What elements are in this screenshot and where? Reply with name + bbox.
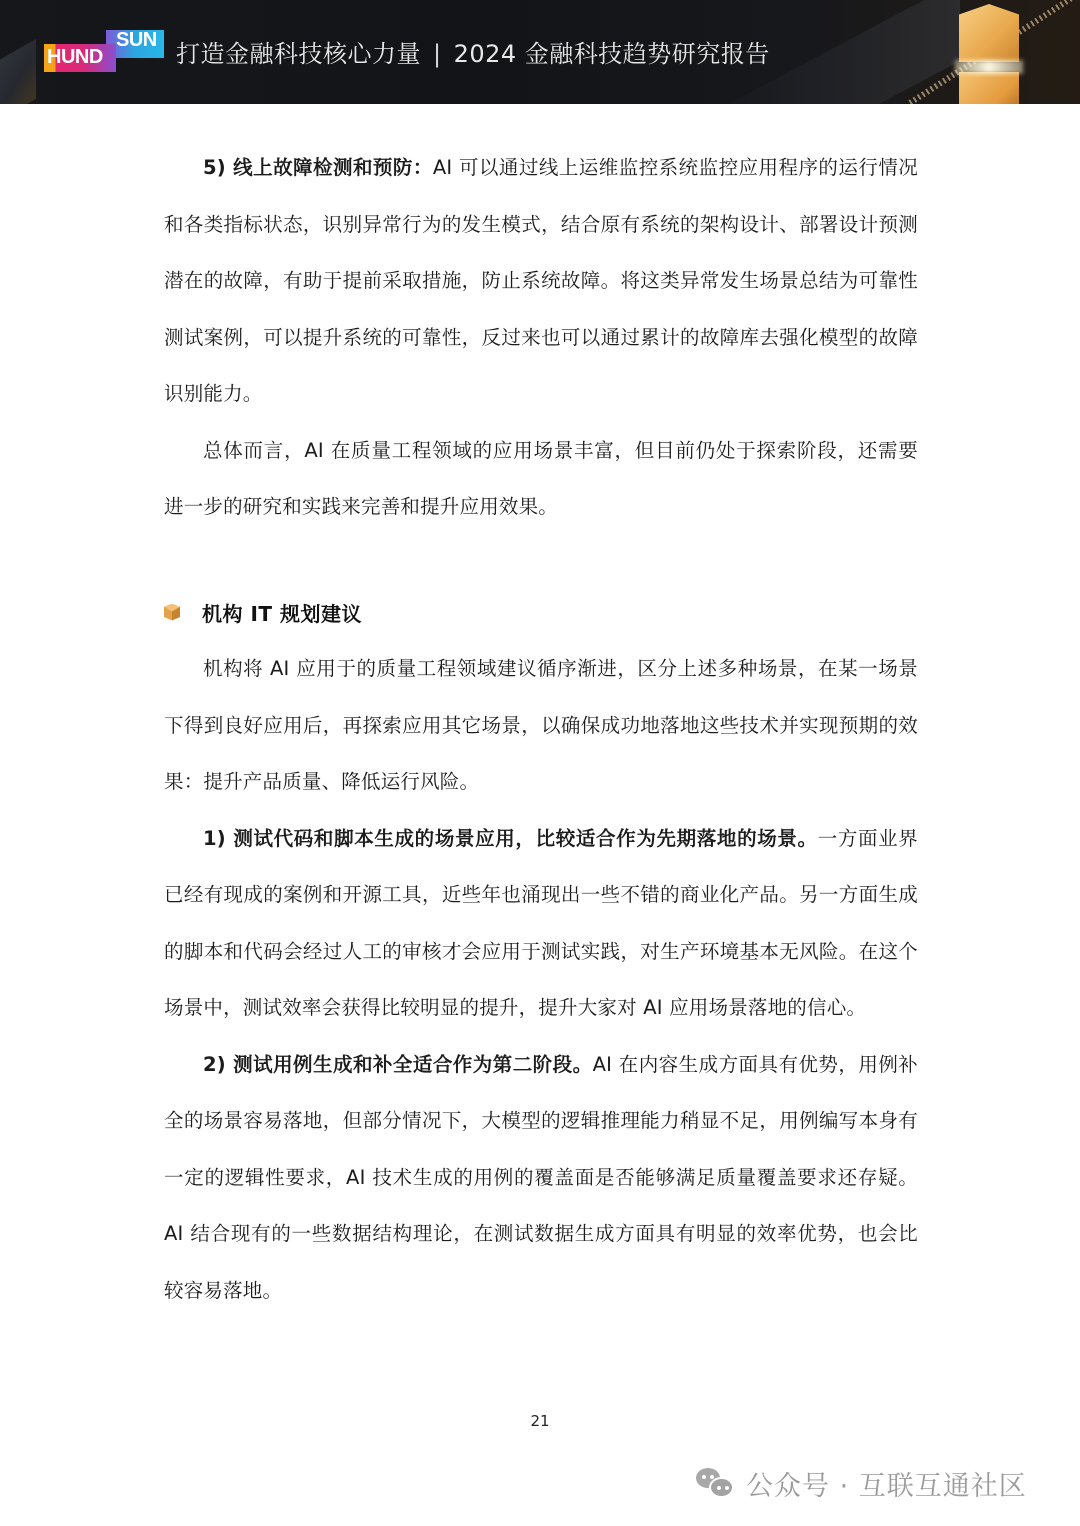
logo-text-sun: SUN — [116, 29, 157, 52]
paragraph-stage-1: 1) 测试代码和脚本生成的场景应用，比较适合作为先期落地的场景。一方面业界已经有… — [164, 811, 918, 1037]
report-title: 2024 金融科技趋势研究报告 — [454, 40, 770, 68]
paragraph-text: 机构将 AI 应用于的质量工程领域建议循序渐进，区分上述多种场景，在某一场景下得… — [164, 657, 918, 793]
paragraph-stage-2: 2) 测试用例生成和补全适合作为第二阶段。AI 在内容生成方面具有优势，用例补全… — [164, 1037, 918, 1320]
section-heading-it-planning: 机构 IT 规划建议 — [164, 596, 362, 628]
section-intro: 5) 线上故障检测和预防：AI 可以通过线上运维监控系统监控应用程序的运行情况和… — [164, 140, 918, 536]
paragraph-fault-detection: 5) 线上故障检测和预防：AI 可以通过线上运维监控系统监控应用程序的运行情况和… — [164, 140, 918, 423]
wechat-icon — [696, 1466, 736, 1502]
header-tagline: 打造金融科技核心力量 — [176, 40, 421, 68]
header-separator: | — [433, 40, 442, 68]
paragraph-lead: 2) 测试用例生成和补全适合作为第二阶段。 — [203, 1053, 593, 1076]
cube-icon — [164, 604, 180, 621]
header-title: 打造金融科技核心力量|2024 金融科技趋势研究报告 — [176, 34, 770, 69]
section-it-planning-body: 机构将 AI 应用于的质量工程领域建议循序渐进，区分上述多种场景，在某一场景下得… — [164, 641, 918, 1319]
paragraph-text: 一方面业界已经有现成的案例和开源工具，近些年也涌现出一些不错的商业化产品。另一方… — [164, 827, 918, 1020]
paragraph-text: AI 可以通过线上运维监控系统监控应用程序的运行情况和各类指标状态，识别异常行为… — [164, 156, 918, 405]
paragraph-text: AI 在内容生成方面具有优势，用例补全的场景容易落地，但部分情况下，大模型的逻辑… — [164, 1053, 918, 1302]
paragraph-planning-overview: 机构将 AI 应用于的质量工程领域建议循序渐进，区分上述多种场景，在某一场景下得… — [164, 641, 918, 811]
paragraph-summary: 总体而言，AI 在质量工程领域的应用场景丰富，但目前仍处于探索阶段，还需要进一步… — [164, 423, 918, 536]
cube-bottom-shape — [959, 72, 1019, 104]
paragraph-lead: 5) 线上故障检测和预防： — [203, 156, 433, 179]
section-heading-text: 机构 IT 规划建议 — [202, 598, 362, 627]
hundsun-logo: HUND SUN — [44, 30, 164, 74]
cube-glow — [955, 60, 1023, 74]
page-number: 21 — [0, 1412, 1080, 1430]
paragraph-text: 总体而言，AI 在质量工程领域的应用场景丰富，但目前仍处于探索阶段，还需要进一步… — [164, 439, 918, 519]
gold-cube-tower-icon — [955, 4, 1025, 104]
watermark-text: 公众号 · 互联互通社区 — [746, 1464, 1027, 1503]
logo-text-hund: HUND — [47, 46, 103, 69]
paragraph-lead: 1) 测试代码和脚本生成的场景应用，比较适合作为先期落地的场景。 — [203, 827, 818, 850]
report-header-banner: HUND SUN 打造金融科技核心力量|2024 金融科技趋势研究报告 — [0, 0, 1080, 104]
cube-top-shape — [959, 4, 1019, 62]
decorative-shard — [0, 39, 36, 104]
wechat-watermark: 公众号 · 互联互通社区 — [696, 1464, 1027, 1503]
